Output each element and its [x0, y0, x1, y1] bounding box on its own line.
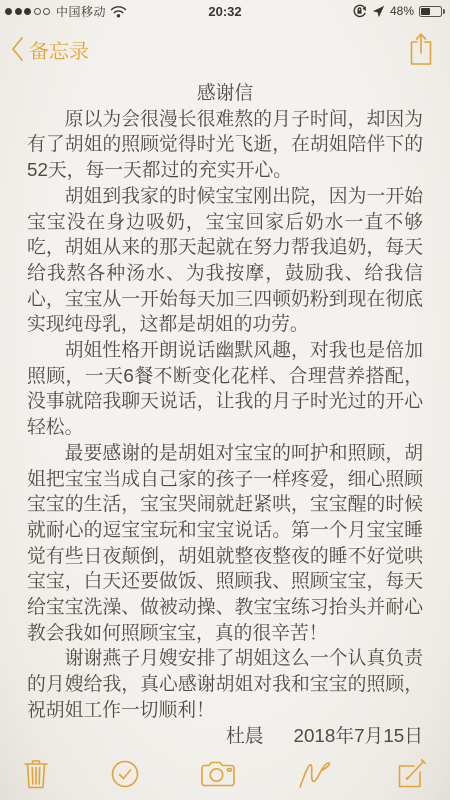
location-arrow-icon — [372, 5, 385, 18]
note-paragraph: 胡姐性格开朗说话幽默风趣，对我也是倍加照顾，一天6餐不断变化花样、合理营养搭配，… — [27, 337, 423, 440]
notes-app-screen: 中国移动 20:32 48% — [0, 0, 450, 800]
wifi-icon — [110, 5, 127, 18]
status-bar-right: 48% — [242, 4, 445, 19]
battery-nub — [443, 9, 445, 14]
compose-button[interactable] — [396, 758, 428, 790]
sketch-button[interactable] — [296, 757, 336, 791]
trash-icon — [22, 758, 50, 790]
note-paragraph: 胡姐到我家的时候宝宝刚出院，因为一开始宝宝没在身边吸奶，宝宝回家后奶水一直不够吃… — [27, 183, 423, 337]
scribble-icon — [296, 757, 336, 791]
check-circle-icon — [110, 759, 140, 789]
note-paragraph: 谢谢燕子月嫂安排了胡姐这么一个认真负责的月嫂给我，真心感谢胡姐对我和宝宝的照顾，… — [27, 645, 423, 722]
note-title: 感谢信 — [27, 80, 423, 106]
orientation-lock-icon — [352, 4, 367, 19]
note-paragraph: 最要感谢的是胡姐对宝宝的呵护和照顾，胡姐把宝宝当成自己家的孩子一样疼爱，细心照顾… — [27, 440, 423, 646]
back-button-label: 备忘录 — [29, 35, 89, 64]
share-icon — [408, 32, 434, 66]
signal-strength-icon — [5, 8, 50, 15]
back-button[interactable]: 备忘录 — [10, 35, 89, 64]
note-content[interactable]: 感谢信 原以为会很漫长很难熬的月子时间，却因为有了胡姐的照顾觉得时光飞逝，在胡姐… — [0, 78, 450, 748]
clock: 20:32 — [208, 4, 241, 19]
carrier-label: 中国移动 — [56, 3, 106, 20]
signature-date: 2018年7月15日 — [294, 723, 423, 749]
share-button[interactable] — [408, 32, 434, 66]
battery-icon — [419, 6, 442, 17]
chevron-left-icon — [10, 36, 24, 62]
bottom-toolbar — [0, 748, 450, 800]
battery-percent-label: 48% — [390, 4, 414, 18]
camera-button[interactable] — [200, 760, 236, 788]
note-paragraph: 原以为会很漫长很难熬的月子时间，却因为有了胡姐的照顾觉得时光飞逝，在胡姐陪伴下的… — [27, 106, 423, 183]
delete-button[interactable] — [22, 758, 50, 790]
signature-name: 杜晨 — [226, 723, 264, 749]
navigation-bar: 备忘录 — [0, 22, 450, 76]
signature-line: 杜晨 2018年7月15日 — [27, 723, 423, 749]
checklist-button[interactable] — [110, 759, 140, 789]
compose-icon — [396, 758, 428, 790]
camera-icon — [200, 760, 236, 788]
battery-fill — [421, 8, 430, 15]
status-bar: 中国移动 20:32 48% — [0, 0, 450, 22]
status-bar-left: 中国移动 — [5, 3, 208, 20]
